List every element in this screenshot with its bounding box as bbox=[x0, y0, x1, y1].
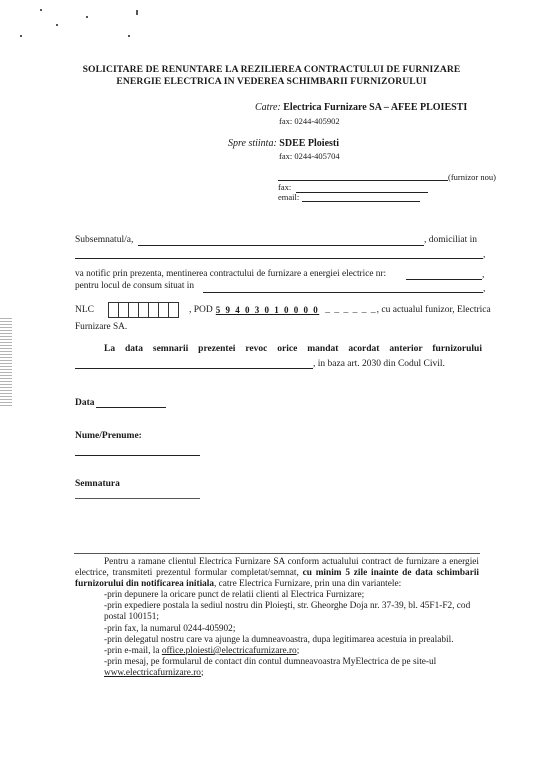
data-label: Data bbox=[75, 398, 95, 408]
nume-prenume-label: Nume/Prenume: bbox=[75, 431, 142, 441]
footer-intro-text-end: , catre Electrica Furnizare, prin una di… bbox=[214, 579, 401, 589]
previous-supplier-field[interactable] bbox=[75, 368, 313, 369]
scan-speck bbox=[56, 24, 58, 26]
catre-fax: fax: 0244-405902 bbox=[279, 116, 340, 126]
catre-block: Catre: Electrica Furnizare SA – AFEE PLO… bbox=[255, 102, 467, 113]
revoc-text: La data semnarii prezentei revoc orice m… bbox=[104, 344, 482, 354]
nlc-pod-row: NLC , POD 5 9 4 0 3 0 1 0 0 0 0 _ _ _ _ … bbox=[75, 302, 491, 318]
new-supplier-name-field[interactable] bbox=[278, 180, 448, 181]
nlc-box[interactable] bbox=[149, 302, 159, 318]
nlc-box[interactable] bbox=[159, 302, 169, 318]
loc-consum-label: pentru locul de consum situat in bbox=[75, 281, 194, 291]
nlc-box[interactable] bbox=[169, 302, 179, 318]
footer-options: -prin depunere la oricare punct de relat… bbox=[104, 590, 480, 680]
nlc-box[interactable] bbox=[109, 302, 119, 318]
scan-speck bbox=[128, 35, 130, 37]
loc-consum-field[interactable] bbox=[203, 292, 483, 293]
scan-speck bbox=[40, 9, 42, 11]
spre-stiinta-block: Spre stiinta: SDEE Ploiesti bbox=[228, 138, 339, 149]
date-field[interactable] bbox=[96, 407, 166, 408]
domiciliat-label: , domiciliat in bbox=[424, 235, 477, 245]
address-field[interactable] bbox=[75, 258, 483, 259]
option-postala: -prin expediere postala la sediul nostru… bbox=[104, 601, 480, 623]
footer-divider bbox=[74, 553, 480, 554]
semnatura-field[interactable] bbox=[75, 498, 200, 499]
nlc-boxes[interactable] bbox=[108, 302, 179, 318]
comma: , bbox=[483, 250, 485, 260]
spre-stiinta-label: Spre stiinta: bbox=[228, 138, 277, 149]
pod-label: , POD bbox=[189, 305, 213, 315]
furnizare-sa-text: Furnizare SA. bbox=[75, 322, 127, 332]
nlc-label: NLC bbox=[75, 305, 94, 315]
notific-text: va notific prin prezenta, mentinerea con… bbox=[75, 269, 386, 279]
name-field[interactable] bbox=[138, 245, 424, 246]
new-supplier-fax-field[interactable] bbox=[296, 192, 428, 193]
nlc-box[interactable] bbox=[119, 302, 129, 318]
option-depunere: -prin depunere la oricare punct de relat… bbox=[104, 590, 480, 601]
comma: , bbox=[483, 284, 485, 294]
footer-intro: Pentru a ramane clientul Electrica Furni… bbox=[75, 557, 479, 591]
option-email-prefix: -prin e-mail, la bbox=[104, 646, 162, 656]
option-email: -prin e-mail, la office.ploiesti@electri… bbox=[104, 646, 480, 657]
scan-speck bbox=[20, 35, 22, 37]
option-myelectrica: -prin mesaj, pe formularul de contact di… bbox=[104, 657, 480, 668]
catre-label: Catre: bbox=[255, 102, 281, 113]
subsemnatul-label: Subsemnatul/a, bbox=[75, 235, 133, 245]
pod-digits: 5 9 4 0 3 0 1 0 0 0 0 bbox=[216, 305, 320, 315]
scan-edge-artifact bbox=[0, 318, 12, 408]
option-email-suffix: ; bbox=[297, 646, 300, 656]
catre-value: Electrica Furnizare SA – AFEE PLOIESTI bbox=[283, 102, 467, 113]
option-delegat: -prin delegatul nostru care va ajunge la… bbox=[104, 635, 480, 646]
website-link[interactable]: www.electricafurnizare.ro bbox=[104, 668, 201, 678]
document-title-line2: ENERGIE ELECTRICA IN VEDEREA SCHIMBARII … bbox=[0, 76, 543, 88]
scan-speck bbox=[86, 16, 88, 18]
nlc-box[interactable] bbox=[139, 302, 149, 318]
pod-blanks[interactable]: _ _ _ _ _ _ bbox=[325, 305, 376, 315]
option-website: www.electricafurnizare.ro; bbox=[104, 668, 480, 679]
art-2030-text: , in baza art. 2030 din Codul Civil. bbox=[313, 359, 445, 369]
nlc-box[interactable] bbox=[129, 302, 139, 318]
new-supplier-fax-label: fax: bbox=[278, 182, 291, 192]
spre-stiinta-fax: fax: 0244-405704 bbox=[279, 151, 340, 161]
new-supplier-email-field[interactable] bbox=[302, 201, 420, 202]
new-supplier-email-label: email: bbox=[278, 192, 299, 202]
option-fax: -prin fax, la numarul 0244-405902; bbox=[104, 624, 480, 635]
semnatura-label: Semnatura bbox=[75, 479, 120, 489]
nume-prenume-field[interactable] bbox=[75, 455, 200, 456]
comma: , bbox=[482, 270, 484, 280]
spre-stiinta-value: SDEE Ploiesti bbox=[279, 138, 339, 149]
scan-speck bbox=[136, 10, 138, 15]
website-suffix: ; bbox=[201, 668, 204, 678]
contract-number-field[interactable] bbox=[406, 279, 482, 280]
new-supplier-label: (furnizor nou) bbox=[448, 172, 496, 182]
actual-furnizor-text: , cu actualul funizor, Electrica bbox=[377, 305, 491, 315]
document-title-line1: SOLICITARE DE RENUNTARE LA REZILIEREA CO… bbox=[0, 64, 543, 76]
email-link[interactable]: office.ploiesti@electricafurnizare.ro bbox=[162, 646, 297, 656]
